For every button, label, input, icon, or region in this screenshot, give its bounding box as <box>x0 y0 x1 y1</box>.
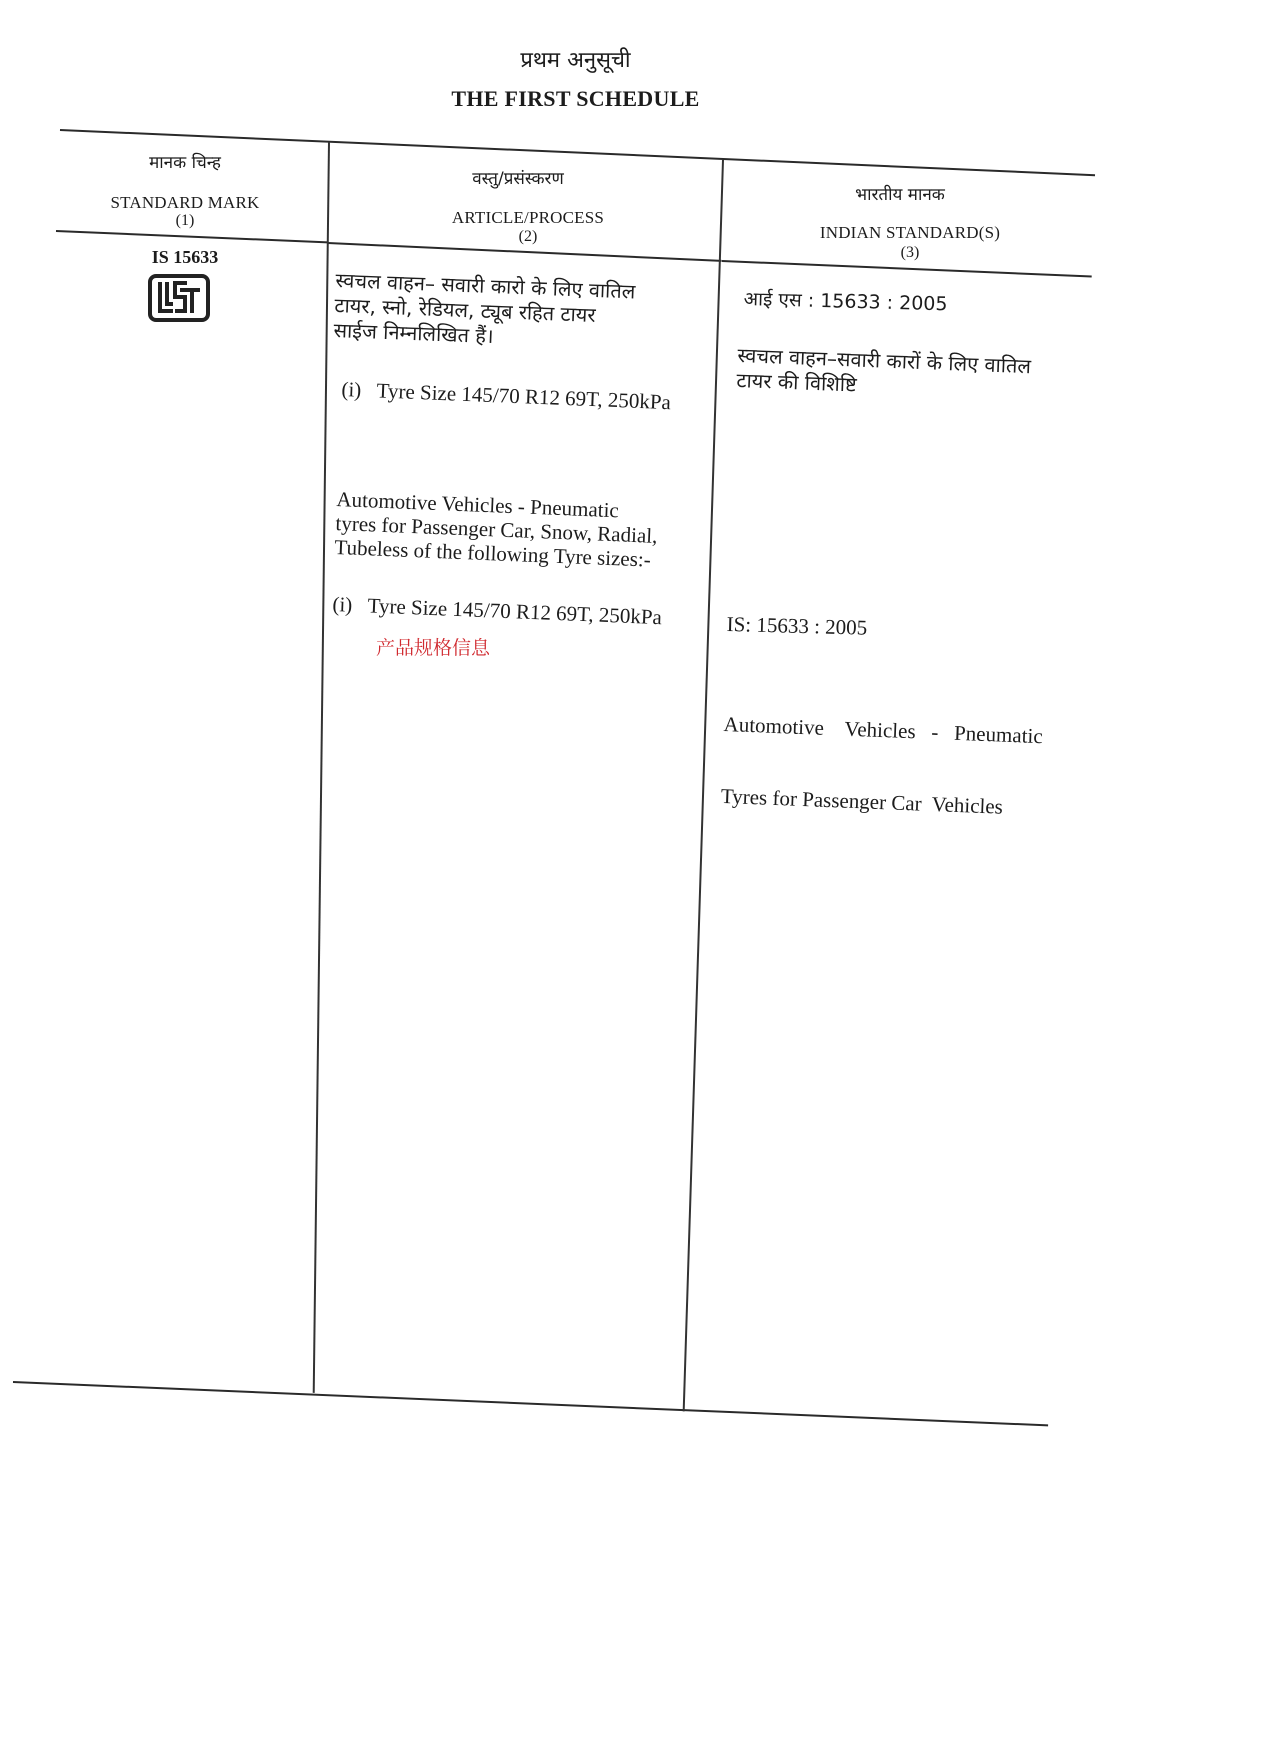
header-bottom-border-col1 <box>56 230 328 243</box>
tyre-size-text: Tyre Size 145/70 R12 69T, 250kPa <box>376 378 671 414</box>
article-description-english: Automotive Vehicles - Pneumatic tyres fo… <box>334 487 717 574</box>
schedule-title-hindi: प्रथम अनुसूची <box>0 44 1131 74</box>
column-header-article-process: ARTICLE/PROCESS <box>408 208 648 228</box>
article-description-hindi: स्वचल वाहन– सवारी कारो के लिए वातिल टायर… <box>333 268 716 358</box>
standard-english-line: Tyres for Passenger Car Vehicles <box>720 784 1081 822</box>
indian-standard-code-hindi: आई एस : 15633 : 2005 <box>743 286 947 316</box>
column-number-3: (3) <box>790 244 1030 262</box>
indian-standard-title: Automotive Vehicles - Pneumatic Tyres fo… <box>720 664 1086 846</box>
item-marker: (i) <box>332 592 353 617</box>
schedule-title: THE FIRST SCHEDULE <box>0 86 1131 112</box>
product-spec-annotation: 产品规格信息 <box>376 633 490 660</box>
header-bottom-border-col3 <box>722 260 1092 277</box>
table-bottom-border <box>13 1381 1048 1426</box>
column-header-hindi-article-process: वस्तु/प्रसंस्करण <box>418 166 618 189</box>
column-divider-1 <box>313 142 330 1393</box>
tyre-size-item-english-section: (i) Tyre Size 145/70 R12 69T, 250kPa <box>332 592 713 631</box>
indian-standard-code: IS: 15633 : 2005 <box>726 612 867 640</box>
column-header-hindi-standard-mark: मानक चिन्ह <box>95 150 275 173</box>
column-header-hindi-indian-standard: भारतीय मानक <box>800 182 1000 205</box>
indian-standard-title-hindi: स्वचल वाहन–सवारी कारों के लिए वातिल टायर… <box>736 343 1098 407</box>
column-header-standard-mark: STANDARD MARK <box>85 193 285 213</box>
standard-english-line: Automotive Vehicles - Pneumatic <box>723 712 1084 750</box>
column-number-1: (1) <box>85 212 285 230</box>
standard-mark-label: IS 15633 <box>130 247 240 268</box>
tyre-size-text: Tyre Size 145/70 R12 69T, 250kPa <box>367 593 662 629</box>
column-number-2: (2) <box>408 228 648 246</box>
isi-mark-icon <box>147 273 211 323</box>
item-marker: (i) <box>341 377 362 402</box>
tyre-size-item-hindi-section: (i) Tyre Size 145/70 R12 69T, 250kPa <box>341 377 722 416</box>
column-header-indian-standard: INDIAN STANDARD(S) <box>790 223 1030 243</box>
